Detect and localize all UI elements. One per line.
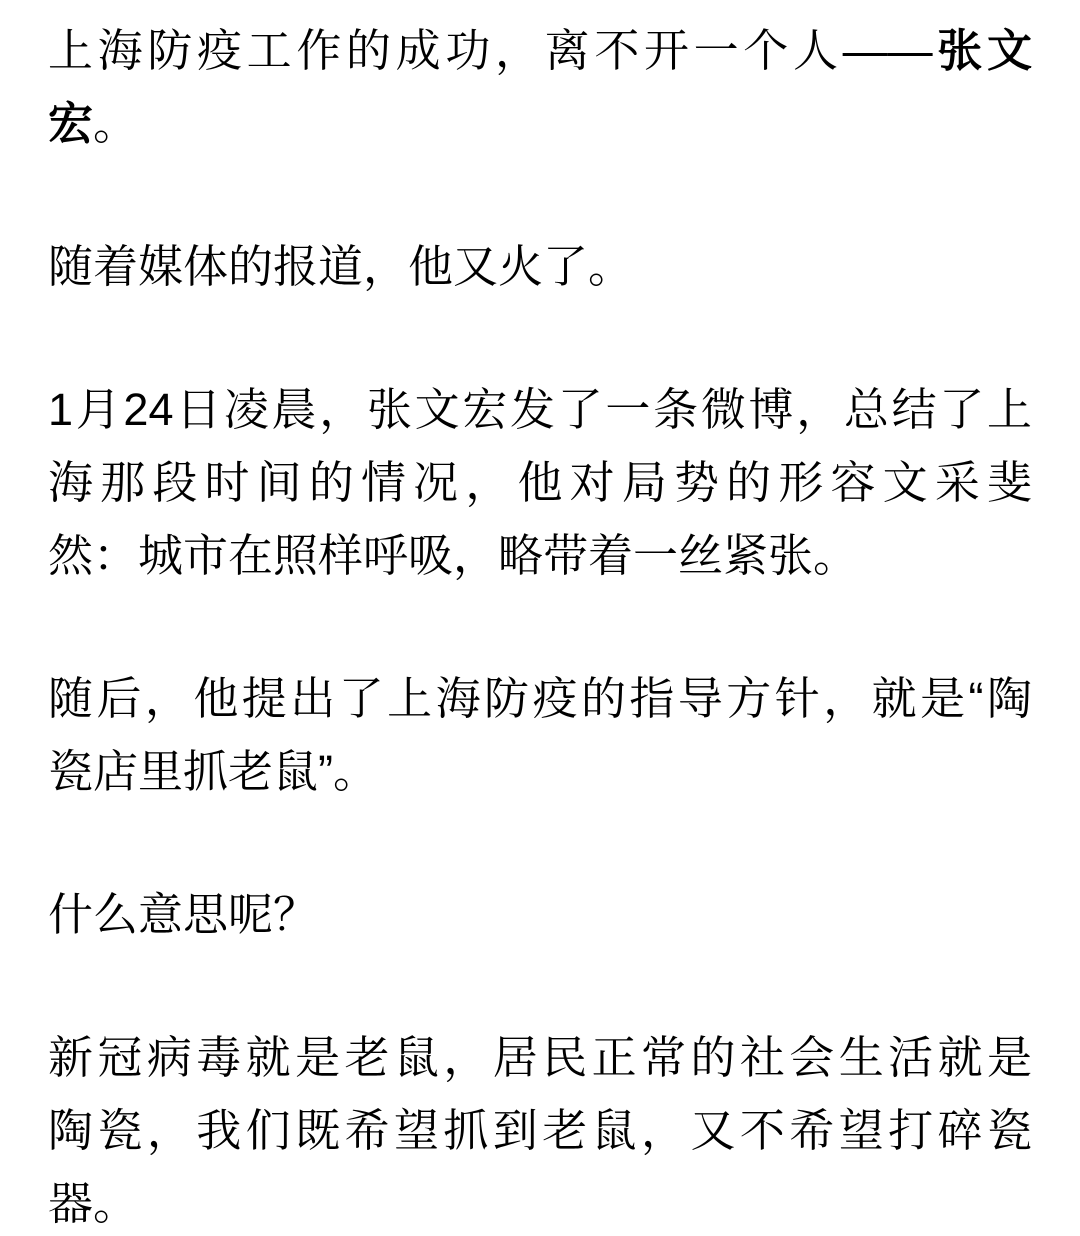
paragraph: 上海防疫工作的成功，离不开一个人——张文宏。 <box>48 14 1032 160</box>
text-line: 然：城市在照样呼吸，略带着一丝紧张。 <box>48 519 1032 592</box>
paragraph: 新冠病毒就是老鼠，居民正常的社会生活就是陶瓷，我们既希望抓到老鼠，又不希望打碎瓷… <box>48 1021 1032 1236</box>
body-text: 随着媒体的报道，他又火了。 <box>48 241 633 292</box>
body-text: 新冠病毒就是老鼠，居民正常的社会生活就是 <box>48 1032 1032 1083</box>
text-line: 1月24日凌晨，张文宏发了一条微博，总结了上 <box>48 373 1032 446</box>
body-text: 随后，他提出了上海防疫的指导方针，就是“陶 <box>48 673 1032 724</box>
body-text: 1月24日凌晨，张文宏发了一条微博，总结了上 <box>48 384 1032 435</box>
body-text: 上海防疫工作的成功，离不开一个人—— <box>48 25 933 76</box>
body-text: 。 <box>93 98 138 149</box>
bold-text: 张文 <box>933 25 1032 76</box>
text-line: 什么意思呢？ <box>48 878 1032 951</box>
text-line: 器。 <box>48 1167 1032 1236</box>
paragraph: 1月24日凌晨，张文宏发了一条微博，总结了上海那段时间的情况，他对局势的形容文采… <box>48 373 1032 592</box>
paragraph: 什么意思呢？ <box>48 878 1032 951</box>
bold-text: 宏 <box>48 98 93 149</box>
text-line: 瓷店里抓老鼠”。 <box>48 735 1032 808</box>
article-body: 上海防疫工作的成功，离不开一个人——张文宏。随着媒体的报道，他又火了。1月24日… <box>0 0 1080 1236</box>
text-line: 上海防疫工作的成功，离不开一个人——张文 <box>48 14 1032 87</box>
body-text: 海那段时间的情况，他对局势的形容文采斐 <box>48 457 1032 508</box>
body-text: 器。 <box>48 1178 138 1229</box>
body-text: 陶瓷，我们既希望抓到老鼠，又不希望打碎瓷 <box>48 1105 1032 1156</box>
text-line: 海那段时间的情况，他对局势的形容文采斐 <box>48 446 1032 519</box>
body-text: 瓷店里抓老鼠”。 <box>48 746 378 797</box>
text-line: 陶瓷，我们既希望抓到老鼠，又不希望打碎瓷 <box>48 1094 1032 1167</box>
paragraph: 随后，他提出了上海防疫的指导方针，就是“陶瓷店里抓老鼠”。 <box>48 662 1032 808</box>
text-line: 随着媒体的报道，他又火了。 <box>48 230 1032 303</box>
text-line: 新冠病毒就是老鼠，居民正常的社会生活就是 <box>48 1021 1032 1094</box>
text-line: 随后，他提出了上海防疫的指导方针，就是“陶 <box>48 662 1032 735</box>
paragraph: 随着媒体的报道，他又火了。 <box>48 230 1032 303</box>
body-text: 什么意思呢？ <box>48 889 318 940</box>
body-text: 然：城市在照样呼吸，略带着一丝紧张。 <box>48 530 858 581</box>
text-line: 宏。 <box>48 87 1032 160</box>
